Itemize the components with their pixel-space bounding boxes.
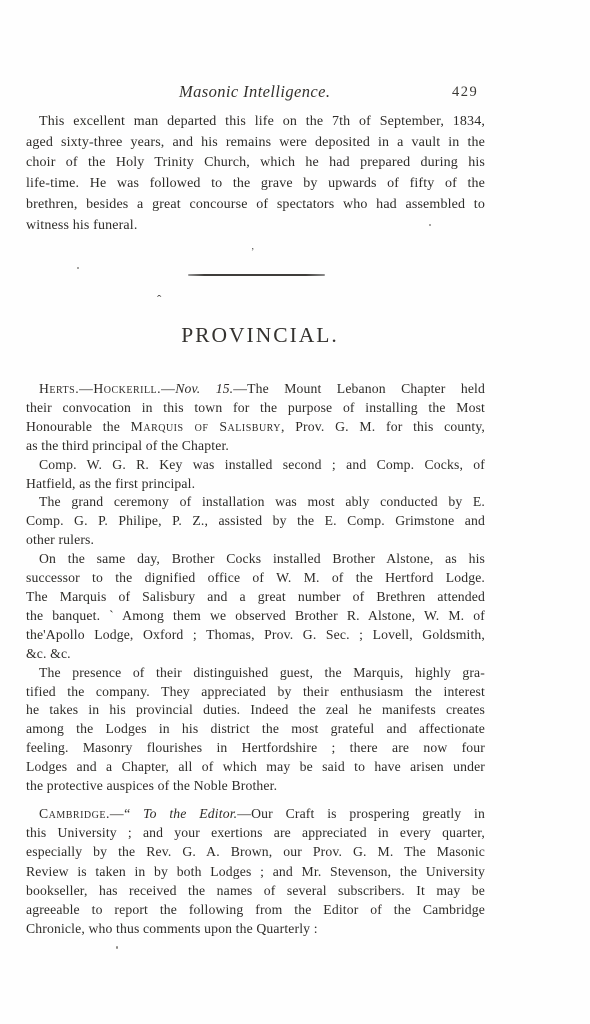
section-divider	[188, 274, 325, 276]
text-line: successor to the dignified office of W. …	[26, 569, 485, 588]
text-line: their convocation in this town for the p…	[26, 399, 485, 418]
text-line: tified the company. They appreciated by …	[26, 683, 485, 702]
text-line: The presence of their distinguished gues…	[26, 664, 485, 683]
text-line: The grand ceremony of installation was m…	[26, 493, 485, 512]
text-line: life-time. He was followed to the grave …	[26, 174, 485, 195]
italic-salutation: To the Editor.	[143, 806, 237, 821]
text-line: Cambridge.—“ To the Editor.—Our Craft is…	[26, 804, 485, 823]
text-line: this University ; and your exertions are…	[26, 823, 485, 842]
text-line: Chronicle, who thus comments upon the Qu…	[26, 919, 485, 938]
quote-mark: “	[124, 806, 143, 821]
text-line: the banquet. ` Among them we observed Br…	[26, 607, 485, 626]
text-line: he takes in his provincial duties. Indee…	[26, 701, 485, 720]
text-line: Hatfield, as the first principal.	[26, 475, 485, 494]
text-line: &c. &c.	[26, 645, 485, 664]
text-line: On the same day, Brother Cocks installed…	[26, 550, 485, 569]
italic-date: Nov. 15.	[175, 381, 233, 396]
smallcaps-name: Marquis of Salisbury	[131, 419, 281, 434]
page-number: 429	[452, 84, 478, 101]
herts-paragraph-1: Herts.—Hockerill.—Nov. 15.—The Mount Leb…	[26, 380, 485, 456]
text-line: Herts.—Hockerill.—Nov. 15.—The Mount Leb…	[26, 380, 485, 399]
page-scan: Masonic Intelligence. 429 This excellent…	[0, 0, 590, 1024]
text-line: Comp. W. G. R. Key was installed second …	[26, 456, 485, 475]
herts-paragraph-4: On the same day, Brother Cocks installed…	[26, 550, 485, 663]
text-line: other rulers.	[26, 531, 485, 550]
text-segment: , Prov. G. M. for this county,	[281, 419, 485, 434]
herts-paragraph-5: The presence of their distinguished gues…	[26, 664, 485, 796]
section-heading: PROVINCIAL.	[26, 323, 494, 348]
text-line: This excellent man departed this life on…	[26, 112, 485, 133]
text-line: brethren, besides a great concourse of s…	[26, 195, 485, 216]
text-line: among the Lodges in his district the mos…	[26, 720, 485, 739]
text-line: Lodges and a Chapter, all of which may b…	[26, 758, 485, 777]
text-line: choir of the Holy Trinity Church, which …	[26, 153, 485, 174]
text-line: Review is taken in by both Lodges ; and …	[26, 862, 485, 881]
smallcaps-placename: Cambridge.—	[39, 806, 124, 821]
text-line: witness his funeral.	[26, 216, 485, 237]
text-line: The Marquis of Salisbury and a great num…	[26, 588, 485, 607]
scan-speck	[77, 267, 79, 269]
scan-speck	[429, 224, 431, 226]
text-line: especially by the Rev. G. A. Brown, our …	[26, 842, 485, 861]
herts-paragraph-2: Comp. W. G. R. Key was installed second …	[26, 456, 485, 494]
text-line: bookseller, has received the names of se…	[26, 881, 485, 900]
obituary-paragraph: This excellent man departed this life on…	[26, 112, 485, 236]
text-line: agreeable to report the following from t…	[26, 900, 485, 919]
text-line: the protective auspices of the Noble Bro…	[26, 777, 485, 796]
text-line: Honourable the Marquis of Salisbury, Pro…	[26, 418, 485, 437]
text-line: the'Apollo Lodge, Oxford ; Thomas, Prov.…	[26, 626, 485, 645]
text-segment: —The Mount Lebanon Chapter held	[233, 381, 485, 396]
running-title: Masonic Intelligence.	[179, 82, 330, 102]
text-line: feeling. Masonry flourishes in Hertfords…	[26, 739, 485, 758]
cambridge-paragraph: Cambridge.—“ To the Editor.—Our Craft is…	[26, 804, 485, 938]
herts-paragraph-3: The grand ceremony of installation was m…	[26, 493, 485, 550]
text-segment: —Our Craft is prospering greatly in	[237, 806, 485, 821]
text-line: aged sixty-three years, and his remains …	[26, 133, 485, 154]
text-segment: Honourable the	[26, 419, 131, 434]
text-line: Comp. G. P. Philipe, P. Z., assisted by …	[26, 512, 485, 531]
herts-section: Herts.—Hockerill.—Nov. 15.—The Mount Leb…	[26, 380, 485, 796]
smallcaps-dateline: Herts.—Hockerill.—	[39, 381, 175, 396]
caret-mark: ˆ	[157, 292, 161, 308]
text-line: as the third principal of the Chapter.	[26, 437, 485, 456]
scan-speck: ’	[251, 247, 254, 258]
scan-speck	[116, 946, 118, 949]
